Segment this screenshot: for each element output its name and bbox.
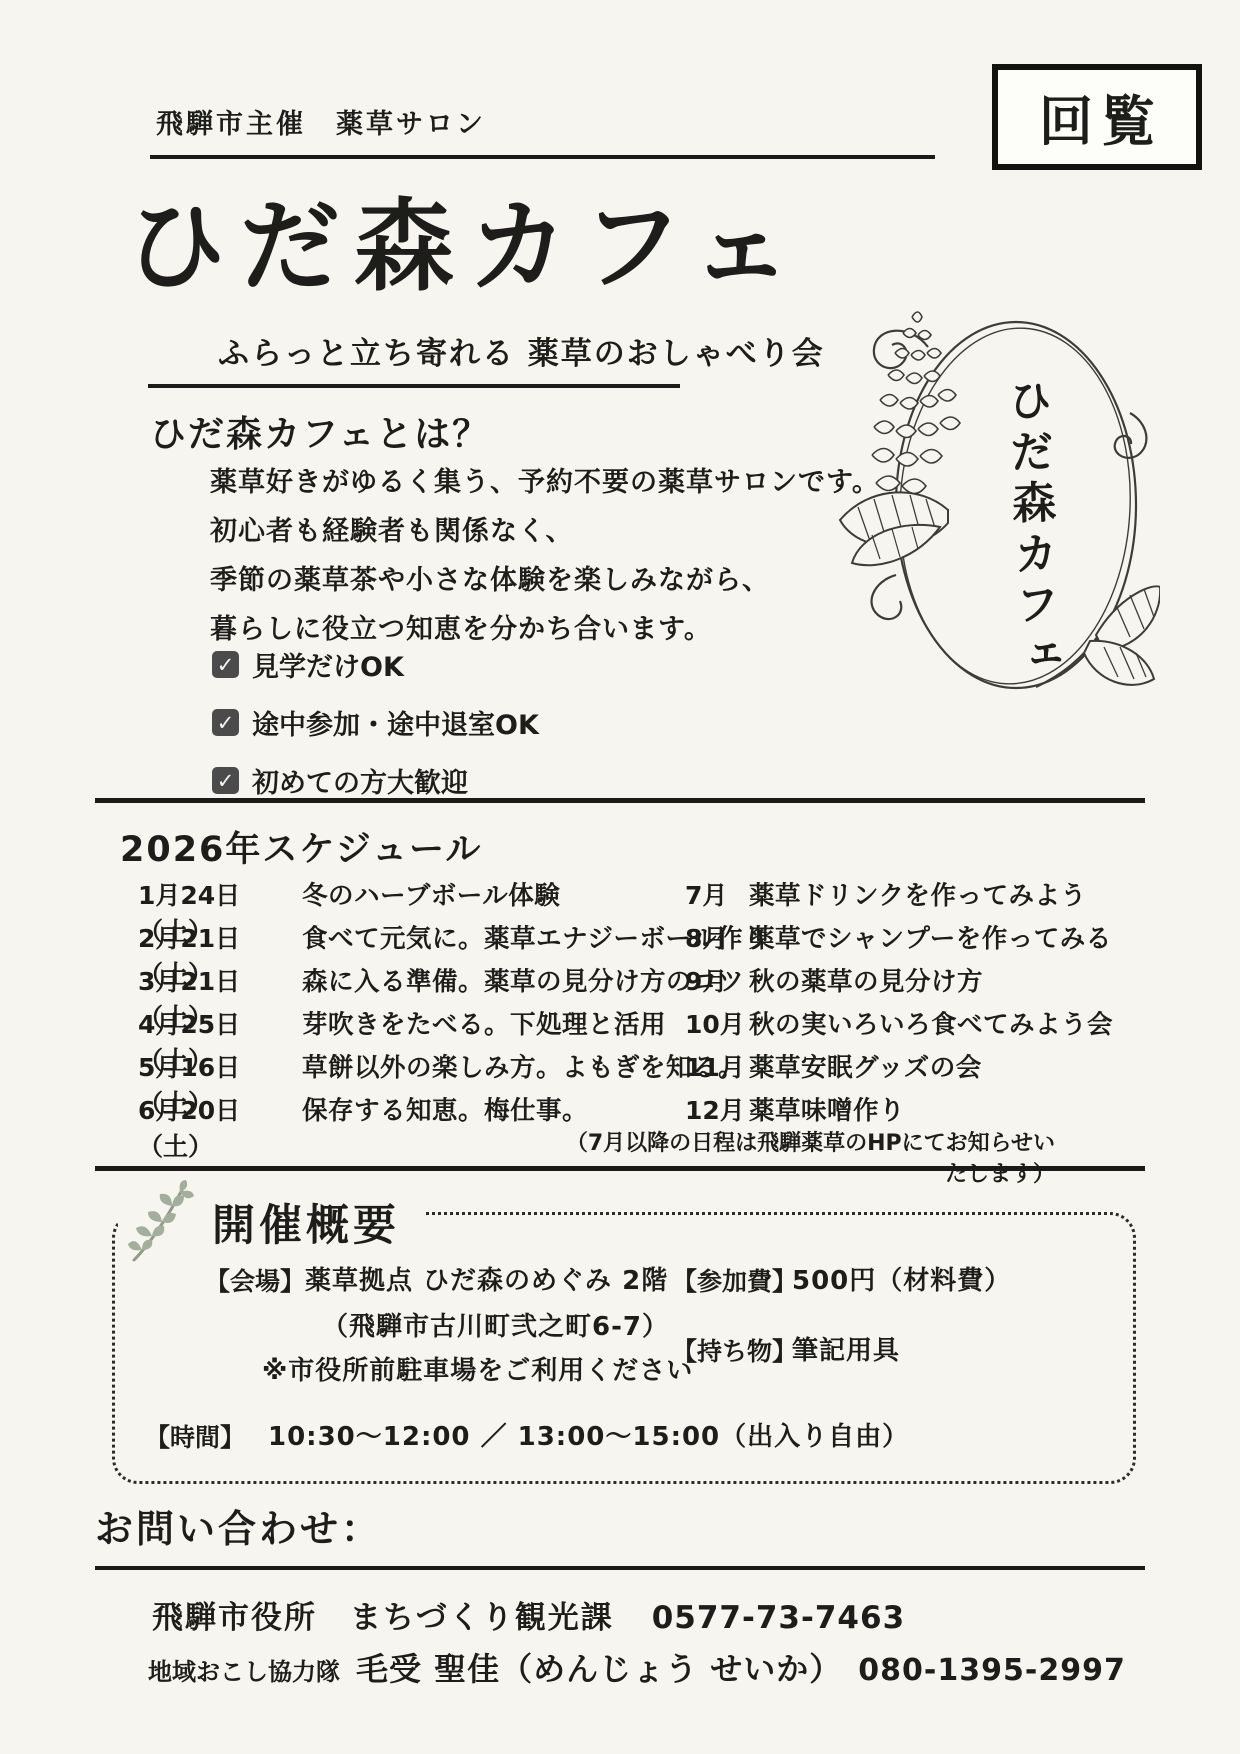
event-month: 9月 [685, 962, 749, 998]
about-line: 薬草好きがゆるく集う、予約不要の薬草サロンです。 [210, 458, 880, 507]
belongings-label: 【持ち物】 [672, 1332, 797, 1368]
event-month: 10月 [685, 1005, 749, 1041]
checklist-item: ✓ 見学だけOK [212, 645, 539, 684]
checklist-item: ✓ 初めての方大歓迎 [212, 761, 539, 800]
contact-coop-phone: 080-1395-2997 [858, 1653, 1126, 1688]
schedule-note: （7月以降の日程は飛騨薬草のHPにてお知らせいたします） [555, 1126, 1055, 1188]
contact-city-phone: 0577-73-7463 [652, 1600, 905, 1636]
overview-top-rule [95, 1166, 1145, 1171]
flyer-page: 飛騨市主催 薬草サロン 回覧 ひだ森カフェ ふらっと立ち寄れる 薬草のおしゃべり… [0, 0, 1240, 1754]
event-title: 保存する知恵。梅仕事。 [302, 1091, 588, 1127]
event-month: 8月 [685, 919, 749, 955]
checked-checkbox-icon: ✓ [212, 767, 239, 794]
venue-address: （飛騨市古川町弐之町6-7） [322, 1306, 669, 1343]
event-date: 6月20日（土） [138, 1091, 302, 1163]
event-title: 秋の実いろいろ食べてみよう会 [749, 1005, 1113, 1041]
schedule-row: 7月 薬草ドリンクを作ってみよう [685, 876, 1087, 912]
schedule-row: 12月 薬草味噌作り [685, 1091, 905, 1127]
about-line: 初心者も経験者も関係なく、 [210, 507, 880, 556]
about-line: 季節の薬草茶や小さな体験を楽しみながら、 [210, 556, 880, 605]
checklist-label: 途中参加・途中退室OK [252, 703, 539, 742]
contact-heading: お問い合わせ： [95, 1498, 382, 1553]
belongings-value: 筆記用具 [792, 1330, 900, 1367]
venue-value: 薬草拠点 ひだ森のめぐみ 2階 [305, 1260, 668, 1297]
schedule-row: 10月 秋の実いろいろ食べてみよう会 [685, 1005, 1113, 1041]
about-checklist: ✓ 見学だけOK ✓ 途中参加・途中退室OK ✓ 初めての方大歓迎 [212, 645, 539, 800]
schedule-row: 6月20日（土） 保存する知恵。梅仕事。 [138, 1091, 588, 1163]
event-title: 薬草ドリンクを作ってみよう [749, 876, 1087, 912]
fee-value: 500円（材料費） [792, 1260, 1011, 1297]
parking-note: ※市役所前駐車場をご利用ください [262, 1350, 693, 1387]
herb-sprig-icon [126, 1180, 198, 1264]
time-value: 10:30～12:00 ／ 13:00～15:00（出入り自由） [268, 1416, 909, 1453]
fee-label: 【参加費】 [672, 1262, 797, 1298]
venue-label: 【会場】 [205, 1262, 305, 1298]
event-title: 薬草安眠グッズの会 [749, 1048, 982, 1084]
hidamori-cafe-logo: ひだ森カフェ [800, 295, 1160, 710]
contact-coop-name: 毛受 聖佳（めんじょう せいか） [356, 1644, 842, 1690]
overview-heading: 開催概要 [212, 1192, 400, 1253]
contact-coop-title: 地域おこし協力隊 [148, 1652, 340, 1687]
event-title: 草餅以外の楽しみ方。よもぎを知る。 [302, 1048, 744, 1084]
schedule-row: 11月 薬草安眠グッズの会 [685, 1048, 982, 1084]
contact-city-office-row: 飛騨市役所 まちづくり観光課 0577-73-7463 [152, 1592, 905, 1637]
event-month: 11月 [685, 1048, 749, 1084]
flyer-title: ひだ森カフェ [126, 192, 805, 302]
about-text: 薬草好きがゆるく集う、予約不要の薬草サロンです。 初心者も経験者も関係なく、 季… [210, 458, 880, 654]
circulation-label: 回覧 [1031, 79, 1163, 156]
subtitle-rule [148, 384, 680, 388]
checklist-item: ✓ 途中参加・途中退室OK [212, 703, 539, 742]
contact-coordinator-row: 地域おこし協力隊 毛受 聖佳（めんじょう せいか） 080-1395-2997 [148, 1644, 1126, 1690]
event-title: 森に入る準備。薬草の見分け方のコツ [302, 962, 744, 998]
schedule-row: 8月 薬草でシャンプーを作ってみる [685, 919, 1112, 955]
schedule-row: 9月 秋の薬草の見分け方 [685, 962, 983, 998]
event-title: 薬草味噌作り [749, 1091, 905, 1127]
time-label: 【時間】 [145, 1418, 245, 1454]
organizer-line: 飛騨市主催 薬草サロン [156, 102, 486, 141]
overview-heading-block: 開催概要 [118, 1176, 426, 1268]
schedule-heading: 2026年スケジュール [120, 822, 482, 872]
event-month: 12月 [685, 1091, 749, 1127]
circulation-stamp-box: 回覧 [992, 64, 1202, 170]
contact-city-office: 飛騨市役所 まちづくり観光課 [152, 1592, 614, 1637]
event-title: 冬のハーブボール体験 [302, 876, 560, 912]
event-month: 7月 [685, 876, 749, 912]
flyer-subtitle: ふらっと立ち寄れる 薬草のおしゃべり会 [218, 328, 825, 373]
checklist-label: 初めての方大歓迎 [252, 761, 468, 800]
event-title: 薬草でシャンプーを作ってみる [749, 919, 1112, 955]
schedule-top-rule [95, 798, 1145, 803]
contact-rule [95, 1566, 1145, 1570]
about-heading: ひだ森カフェとは？ [150, 406, 490, 457]
header-rule [150, 155, 935, 159]
event-title: 秋の薬草の見分け方 [749, 962, 983, 998]
logo-vertical-text: ひだ森カフェ [966, 370, 1067, 693]
checked-checkbox-icon: ✓ [212, 651, 239, 678]
checklist-label: 見学だけOK [252, 645, 404, 684]
checked-checkbox-icon: ✓ [212, 709, 239, 736]
event-title: 芽吹きをたべる。下処理と活用 [302, 1005, 666, 1041]
